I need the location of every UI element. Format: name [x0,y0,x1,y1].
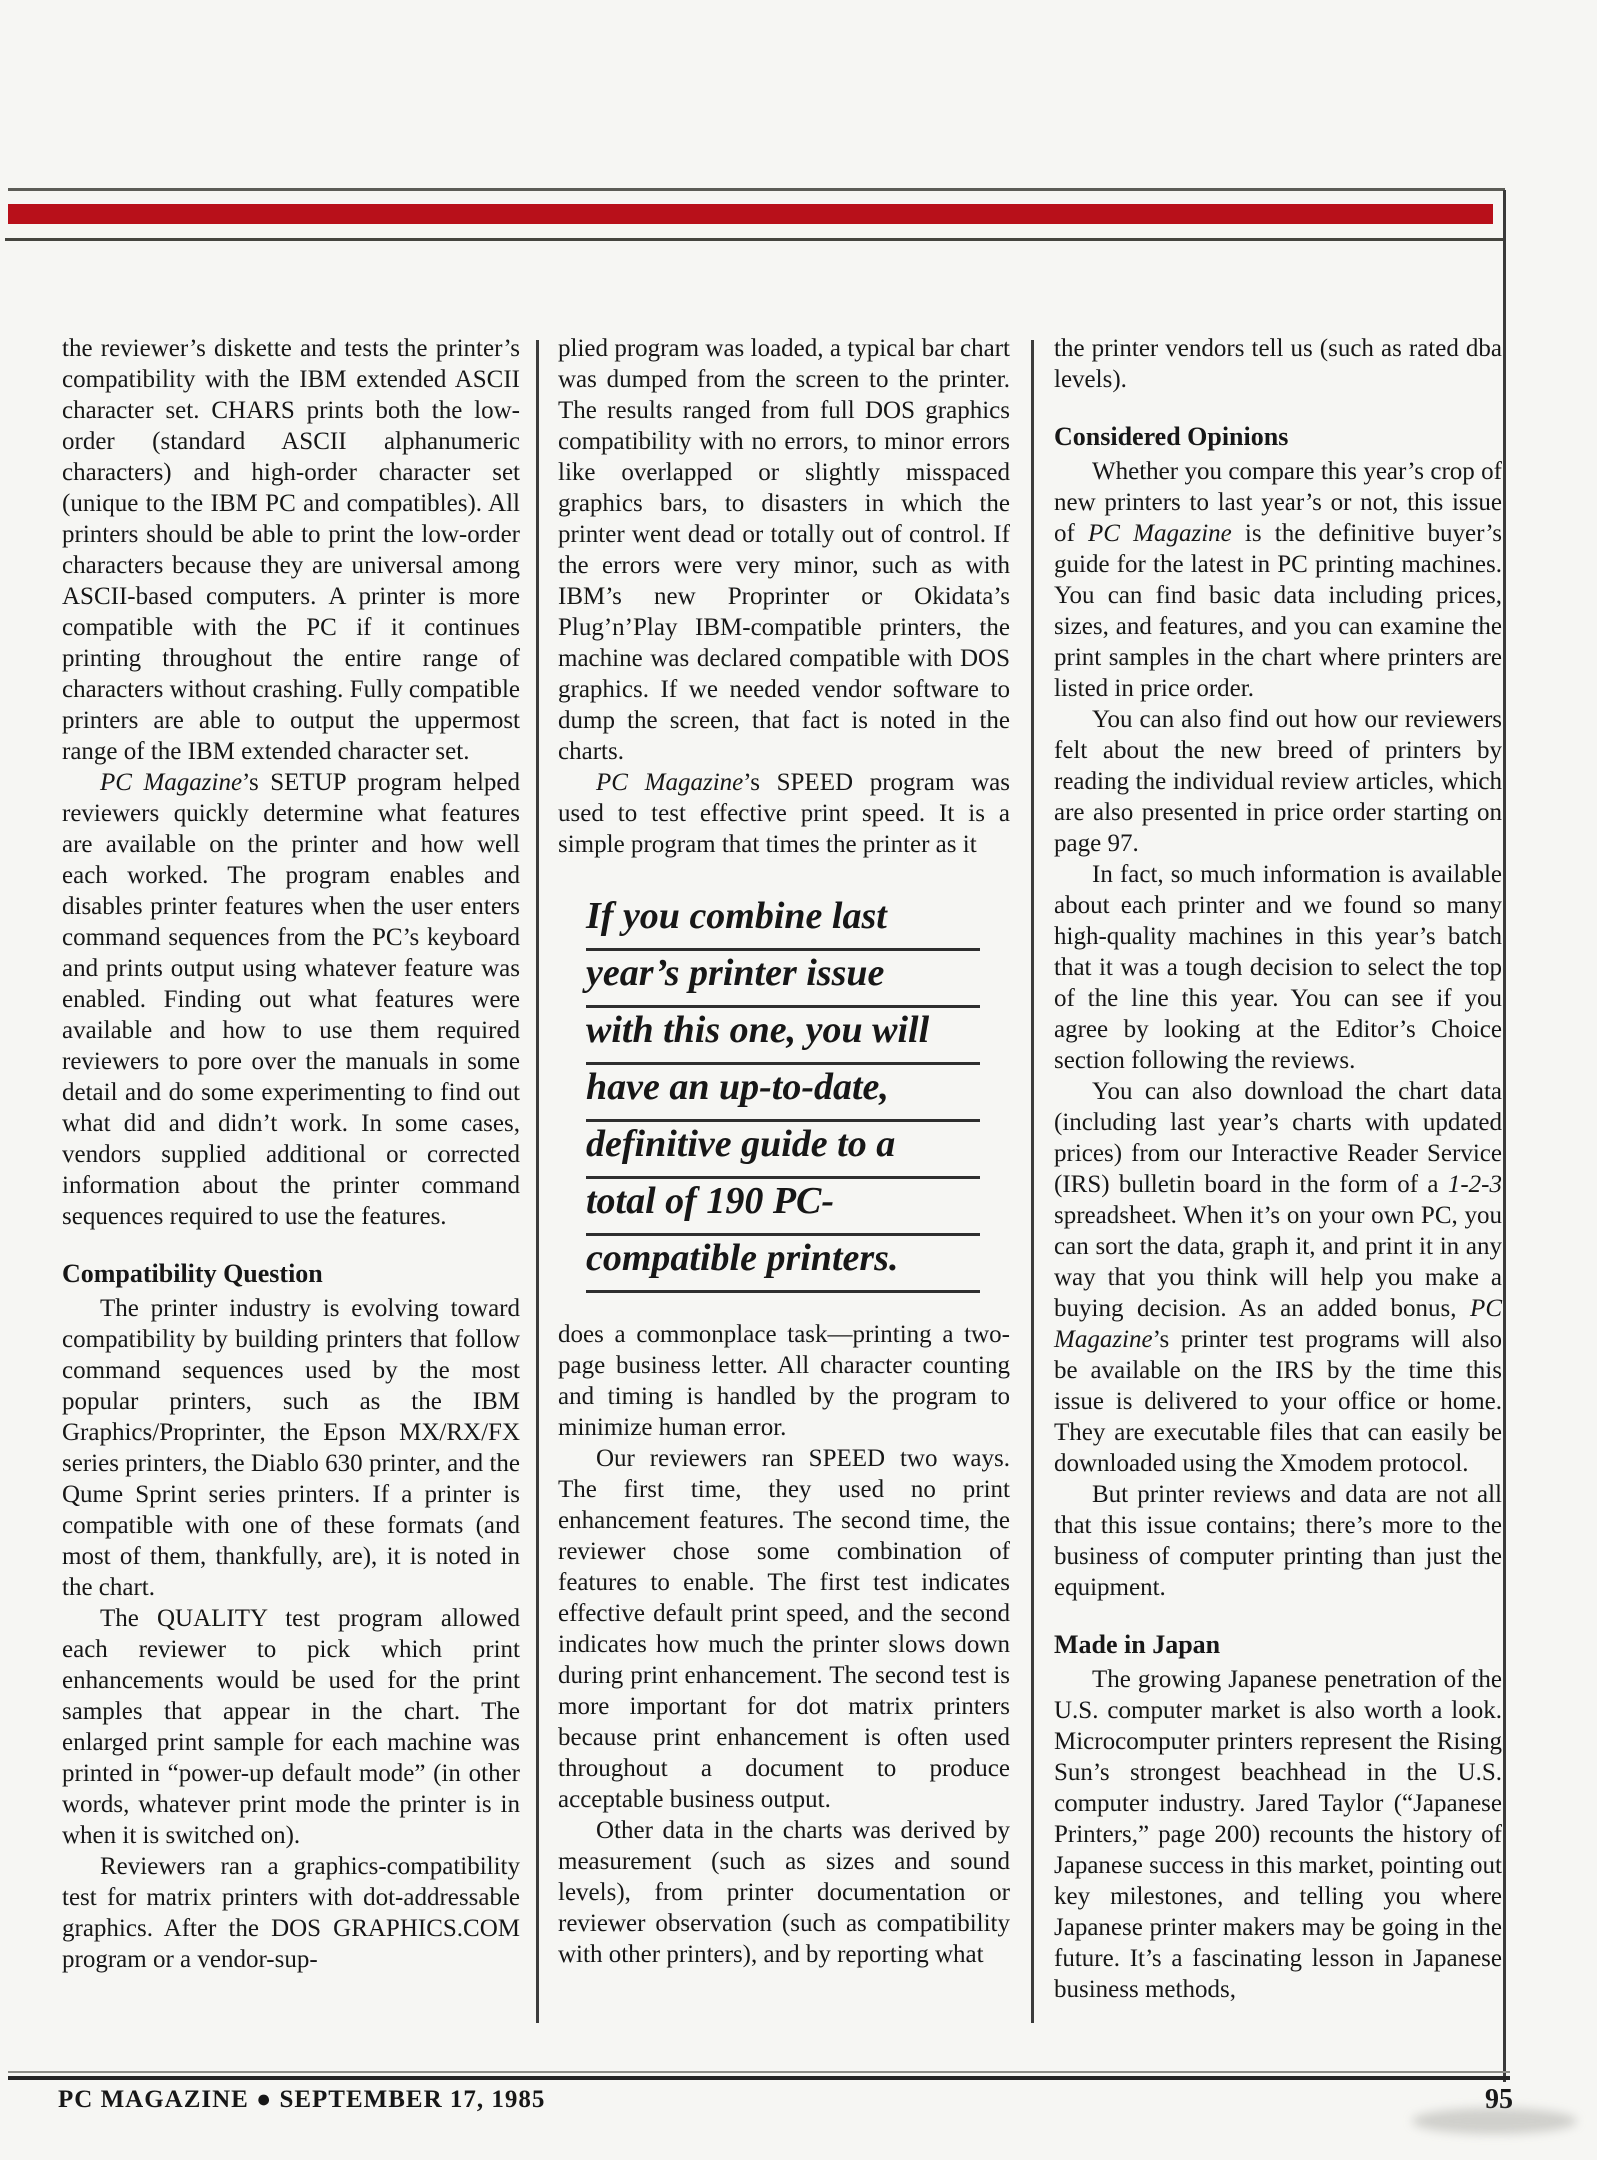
pull-quote-line: have an up-to-date, [586,1065,980,1122]
paragraph: PC Magazine’s SETUP program helped revie… [62,767,520,1232]
column-divider-2 [1031,340,1034,2023]
pull-quote-line: year’s printer issue [586,951,980,1008]
pull-quote-line: with this one, you will [586,1008,980,1065]
section-heading: Considered Opinions [1054,421,1502,452]
top-rule-secondary [5,238,1506,241]
paragraph: Reviewers ran a graphics-compatibility t… [62,1851,520,1975]
section-heading: Compatibility Question [62,1258,520,1289]
paragraph: does a commonplace task—printing a two-p… [558,1319,1010,1443]
footer-rule-light [8,2071,1510,2073]
paragraph: plied program was loaded, a typical bar … [558,333,1010,767]
red-accent-bar [8,204,1493,224]
pull-quote-line: definitive guide to a [586,1122,980,1179]
pull-quote-line: If you combine last [586,894,980,951]
paragraph: the printer vendors tell us (such as rat… [1054,333,1502,395]
paragraph: Our reviewers ran SPEED two ways. The fi… [558,1443,1010,1815]
column-divider-1 [536,340,539,2023]
magazine-page: the reviewer’s diskette and tests the pr… [0,0,1597,2160]
paragraph: The growing Japanese penetration of the … [1054,1664,1502,2005]
footer-magazine-date: PC MAGAZINE ● SEPTEMBER 17, 1985 [58,2086,545,2114]
scan-smudge [1412,2108,1577,2134]
column-1: the reviewer’s diskette and tests the pr… [62,333,520,1975]
paragraph: You can also find out how our reviewers … [1054,704,1502,859]
paragraph: PC Magazine’s SPEED program was used to … [558,767,1010,860]
paragraph: You can also download the chart data (in… [1054,1076,1502,1479]
column-2-upper-text: plied program was loaded, a typical bar … [558,333,1010,860]
paragraph: But printer reviews and data are not all… [1054,1479,1502,1603]
pull-quote-line: total of 190 PC- [586,1179,980,1236]
pull-quote-line: compatible printers. [586,1236,980,1293]
column-2-lower-text: does a commonplace task—printing a two-p… [558,1319,1010,1970]
paragraph: In fact, so much information is availabl… [1054,859,1502,1076]
pull-quote: If you combine lastyear’s printer issuew… [586,894,980,1293]
top-rule [8,188,1505,191]
column-2: plied program was loaded, a typical bar … [558,333,1010,1970]
section-heading: Made in Japan [1054,1629,1502,1660]
footer-rule-dark [8,2076,1510,2080]
right-page-border [1503,190,1506,2082]
paragraph: Whether you compare this year’s crop of … [1054,456,1502,704]
paragraph: the reviewer’s diskette and tests the pr… [62,333,520,767]
paragraph: The QUALITY test program allowed each re… [62,1603,520,1851]
paragraph: Other data in the charts was derived by … [558,1815,1010,1970]
paragraph: The printer industry is evolving toward … [62,1293,520,1603]
column-3: the printer vendors tell us (such as rat… [1054,333,1502,2005]
